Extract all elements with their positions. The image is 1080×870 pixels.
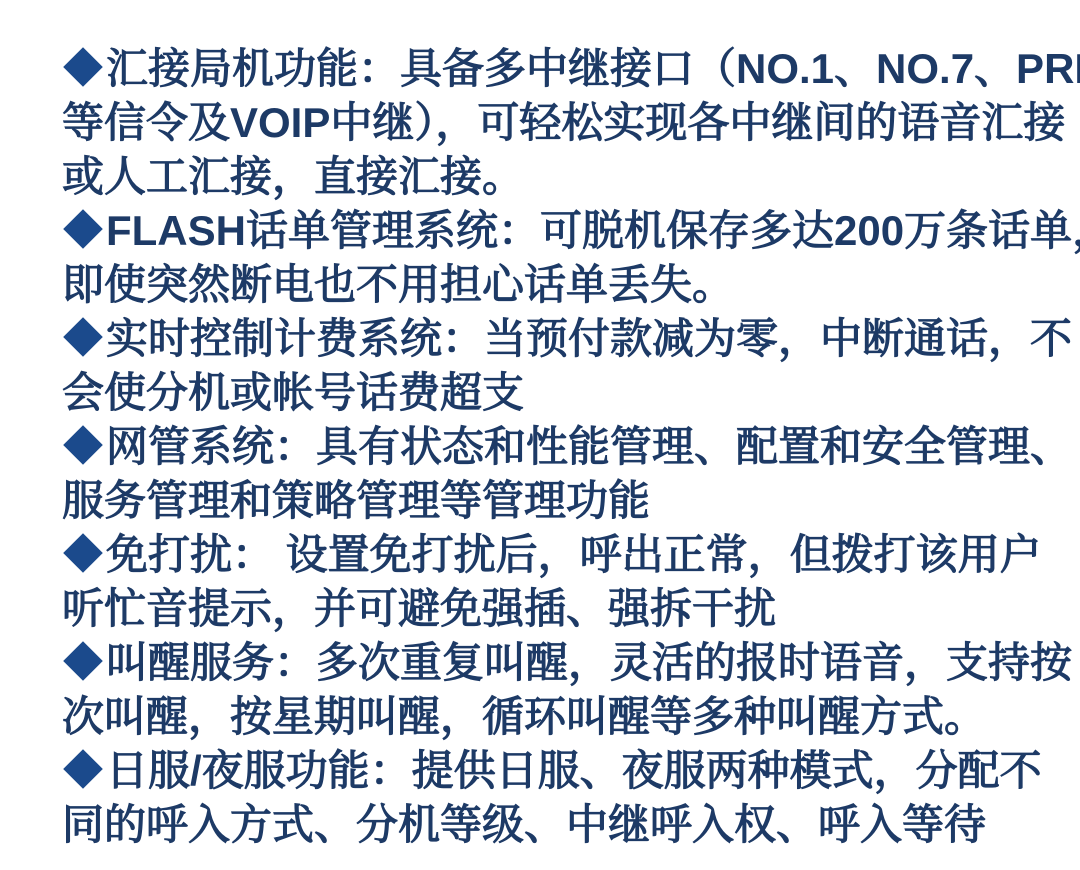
feature-line-text: 次叫醒，按星期叫醒，循环叫醒等多种叫醒方式。 — [62, 693, 986, 740]
feature-line-text: 会使分机或帐号话费超支 — [62, 369, 524, 416]
feature-line: 实时控制计费系统：当预付款减为零，中断通话，不 — [62, 312, 1060, 366]
feature-line: 网管系统：具有状态和性能管理、配置和安全管理、 — [62, 420, 1060, 474]
feature-line: 听忙音提示，并可避免强插、强拆干扰 — [62, 582, 1060, 636]
feature-line: 免打扰： 设置免打扰后，呼出正常，但拨打该用户 — [62, 528, 1060, 582]
feature-line: 会使分机或帐号话费超支 — [62, 366, 1060, 420]
diamond-bullet-icon — [63, 641, 103, 681]
feature-line: 即使突然断电也不用担心话单丢失。 — [62, 258, 1060, 312]
feature-line-text: 网管系统：具有状态和性能管理、配置和安全管理、 — [106, 423, 1072, 470]
feature-network-management: 网管系统：具有状态和性能管理、配置和安全管理、 服务管理和策略管理等管理功能 — [62, 420, 1060, 528]
feature-do-not-disturb: 免打扰： 设置免打扰后，呼出正常，但拨打该用户 听忙音提示，并可避免强插、强拆干… — [62, 528, 1060, 636]
feature-line-text: 听忙音提示，并可避免强插、强拆干扰 — [62, 585, 776, 632]
feature-line: 服务管理和策略管理等管理功能 — [62, 474, 1060, 528]
feature-line-text: 等信令及VOIP中继），可轻松实现各中继间的语音汇接 — [62, 99, 1065, 146]
feature-wakeup-service: 叫醒服务：多次重复叫醒，灵活的报时语音，支持按 次叫醒，按星期叫醒，循环叫醒等多… — [62, 636, 1060, 744]
feature-list-document: 汇接局机功能：具备多中继接口（NO.1、NO.7、PRI 等信令及VOIP中继）… — [0, 0, 1080, 870]
diamond-bullet-icon — [63, 47, 103, 87]
feature-line: 日服/夜服功能：提供日服、夜服两种模式，分配不 — [62, 744, 1060, 798]
feature-line-text: 同的呼入方式、分机等级、中继呼入权、呼入等待 — [62, 801, 986, 848]
diamond-bullet-icon — [63, 425, 103, 465]
feature-line: 同的呼入方式、分机等级、中继呼入权、呼入等待 — [62, 798, 1060, 852]
feature-line: FLASH话单管理系统：可脱机保存多达200万条话单， — [62, 204, 1060, 258]
feature-line-text: FLASH话单管理系统：可脱机保存多达200万条话单， — [106, 207, 1080, 254]
feature-line-text: 或人工汇接，直接汇接。 — [62, 153, 524, 200]
feature-line-text: 服务管理和策略管理等管理功能 — [62, 477, 650, 524]
feature-day-night-service: 日服/夜服功能：提供日服、夜服两种模式，分配不 同的呼入方式、分机等级、中继呼入… — [62, 744, 1060, 852]
feature-line-text: 即使突然断电也不用担心话单丢失。 — [62, 261, 734, 308]
feature-line-text: 免打扰： 设置免打扰后，呼出正常，但拨打该用户 — [106, 531, 1042, 578]
feature-line: 或人工汇接，直接汇接。 — [62, 150, 1060, 204]
feature-tandem-office-function: 汇接局机功能：具备多中继接口（NO.1、NO.7、PRI 等信令及VOIP中继）… — [62, 42, 1060, 204]
feature-line-text: 汇接局机功能：具备多中继接口（NO.1、NO.7、PRI — [106, 45, 1080, 92]
feature-realtime-billing-control: 实时控制计费系统：当预付款减为零，中断通话，不 会使分机或帐号话费超支 — [62, 312, 1060, 420]
feature-line-text: 日服/夜服功能：提供日服、夜服两种模式，分配不 — [106, 747, 1042, 794]
feature-line: 次叫醒，按星期叫醒，循环叫醒等多种叫醒方式。 — [62, 690, 1060, 744]
feature-line: 汇接局机功能：具备多中继接口（NO.1、NO.7、PRI — [62, 42, 1060, 96]
diamond-bullet-icon — [63, 533, 103, 573]
diamond-bullet-icon — [63, 209, 103, 249]
diamond-bullet-icon — [63, 749, 103, 789]
feature-flash-cdr-management: FLASH话单管理系统：可脱机保存多达200万条话单， 即使突然断电也不用担心话… — [62, 204, 1060, 312]
feature-line-text: 实时控制计费系统：当预付款减为零，中断通话，不 — [106, 315, 1072, 362]
feature-line: 等信令及VOIP中继），可轻松实现各中继间的语音汇接 — [62, 96, 1060, 150]
feature-line: 叫醒服务：多次重复叫醒，灵活的报时语音，支持按 — [62, 636, 1060, 690]
feature-line-text: 叫醒服务：多次重复叫醒，灵活的报时语音，支持按 — [106, 639, 1072, 686]
diamond-bullet-icon — [63, 317, 103, 357]
